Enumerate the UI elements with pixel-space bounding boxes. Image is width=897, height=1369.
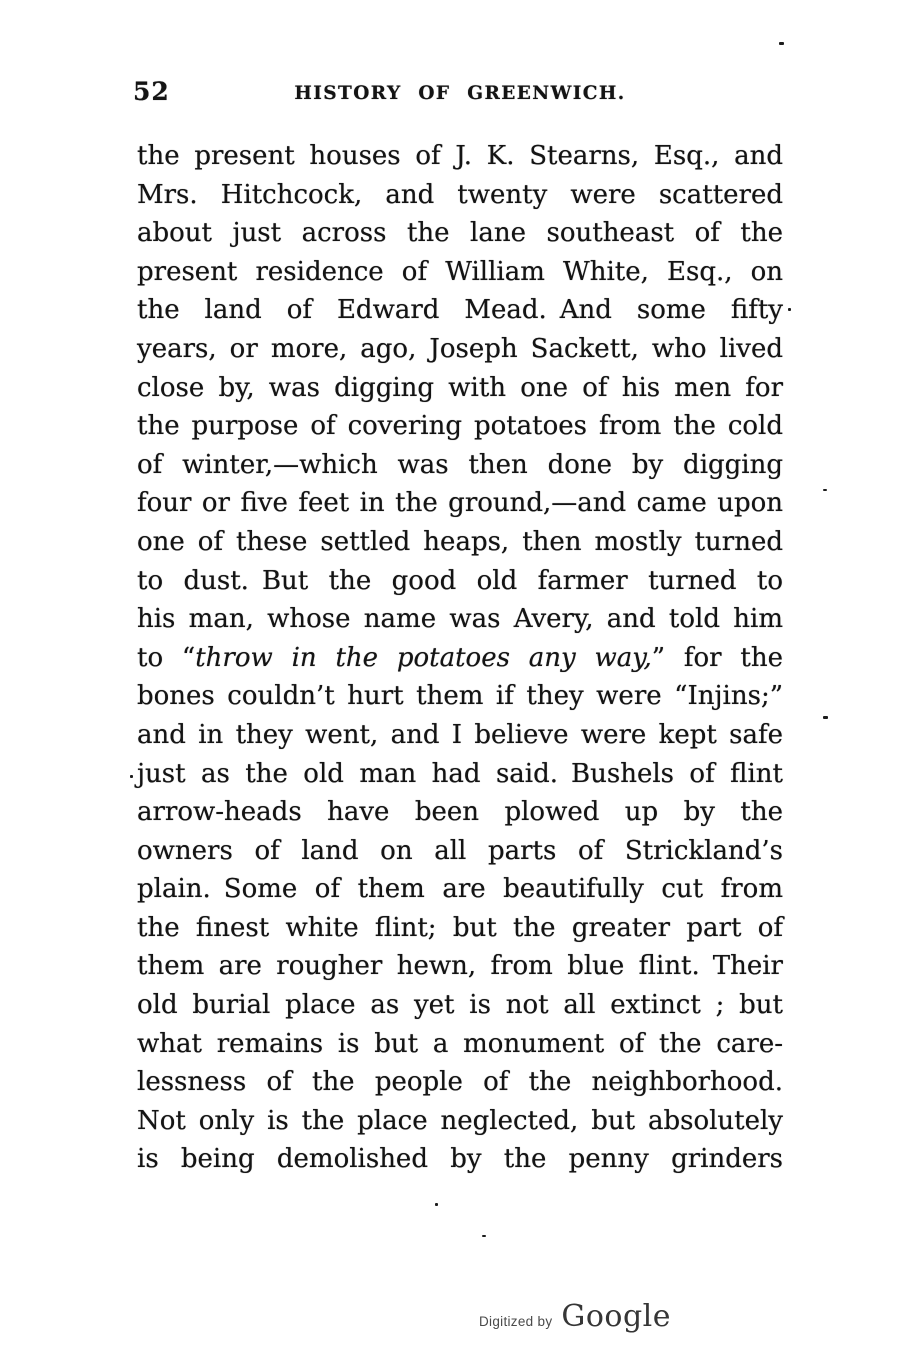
body-text: the present houses of J. K. Stearns, Esq…	[137, 137, 783, 1179]
text-segment: the land of Edward Mead. And some fifty	[137, 295, 783, 325]
text-segment: the purpose of covering potatoes from th…	[137, 411, 783, 441]
text-segment: four or five feet in the ground,—and cam…	[137, 488, 783, 518]
text-segment: close by, was digging with one of his me…	[137, 373, 783, 403]
text-segment: years, or more, ago, Joseph Sackett, who…	[137, 334, 783, 364]
italic-text-segment: throw in the potatoes any way,	[195, 643, 652, 673]
scan-speck	[823, 716, 828, 719]
text-line: about just across the lane southeast of …	[137, 214, 783, 253]
text-line: is being demolished by the penny grinder…	[137, 1140, 783, 1179]
text-line: what remains is but a monument of the ca…	[137, 1025, 783, 1064]
text-line: close by, was digging with one of his me…	[137, 369, 783, 408]
page-number: 52	[133, 79, 170, 105]
text-line: and in they went, and I believe were kep…	[137, 716, 783, 755]
text-segment: owners of land on all parts of Stricklan…	[137, 836, 783, 866]
digitization-watermark: Digitized by Google	[479, 1299, 671, 1334]
text-segment: the present houses of J. K. Stearns, Esq…	[137, 141, 783, 171]
text-segment: the finest white flint; but the greater …	[137, 913, 783, 943]
text-line: four or five feet in the ground,—and cam…	[137, 484, 783, 523]
text-line: the land of Edward Mead. And some fifty	[137, 291, 783, 330]
running-title: HISTORY OF GREENWICH.	[137, 79, 783, 107]
text-segment: Mrs. Hitchcock, and twenty were scattere…	[137, 180, 783, 210]
text-line: arrow-heads have been plowed up by the	[137, 793, 783, 832]
text-segment: just as the old man had said. Bushels of…	[137, 759, 783, 789]
text-segment: bones couldn’t hurt them if they were “I…	[137, 681, 783, 711]
text-segment: arrow-heads have been plowed up by the	[137, 797, 783, 827]
text-line: plain. Some of them are beautifully cut …	[137, 870, 783, 909]
text-line: them are rougher hewn, from blue flint. …	[137, 947, 783, 986]
scanned-book-page: 52 HISTORY OF GREENWICH. the present hou…	[0, 0, 897, 1369]
text-segment: lessness of the people of the neighborho…	[137, 1067, 783, 1097]
text-segment: old burial place as yet is not all extin…	[137, 990, 783, 1020]
text-line: just as the old man had said. Bushels of…	[137, 755, 783, 794]
text-segment: of winter,—which was then done by diggin…	[137, 450, 783, 480]
scan-speck	[779, 42, 784, 45]
digitized-by-label: Digitized by	[479, 1314, 552, 1329]
text-line: Not only is the place neglected, but abs…	[137, 1102, 783, 1141]
text-segment: and in they went, and I believe were kep…	[137, 720, 783, 750]
text-line: owners of land on all parts of Stricklan…	[137, 832, 783, 871]
text-line: years, or more, ago, Joseph Sackett, who…	[137, 330, 783, 369]
text-segment: them are rougher hewn, from blue flint. …	[137, 951, 783, 981]
text-line: bones couldn’t hurt them if they were “I…	[137, 677, 783, 716]
text-segment: ” for the	[652, 643, 783, 673]
text-segment: one of these settled heaps, then mostly …	[137, 527, 783, 557]
text-segment: Not only is the place neglected, but abs…	[137, 1106, 783, 1136]
page-header: 52 HISTORY OF GREENWICH.	[137, 79, 783, 105]
text-line: Mrs. Hitchcock, and twenty were scattere…	[137, 176, 783, 215]
scan-speck	[435, 1203, 438, 1206]
text-segment: what remains is but a monument of the ca…	[137, 1029, 783, 1059]
text-segment: to “	[137, 643, 195, 673]
text-line: to “throw in the potatoes any way,” for …	[137, 639, 783, 678]
google-logo: Google	[561, 1299, 671, 1334]
text-line: of winter,—which was then done by diggin…	[137, 446, 783, 485]
text-line: the purpose of covering potatoes from th…	[137, 407, 783, 446]
text-segment: is being demolished by the penny grinder…	[137, 1144, 783, 1174]
text-segment: about just across the lane southeast of …	[137, 218, 783, 248]
text-line: lessness of the people of the neighborho…	[137, 1063, 783, 1102]
text-segment: his man, whose name was Avery, and told …	[137, 604, 783, 634]
scan-speck	[788, 308, 791, 311]
text-line: his man, whose name was Avery, and told …	[137, 600, 783, 639]
text-line: old burial place as yet is not all extin…	[137, 986, 783, 1025]
text-line: the present houses of J. K. Stearns, Esq…	[137, 137, 783, 176]
text-segment: to dust. But the good old farmer turned …	[137, 566, 783, 596]
scan-speck	[823, 489, 827, 491]
text-segment: present residence of William White, Esq.…	[137, 257, 783, 287]
scan-speck	[482, 1235, 486, 1237]
text-line: present residence of William White, Esq.…	[137, 253, 783, 292]
text-line: the finest white flint; but the greater …	[137, 909, 783, 948]
scan-speck	[130, 775, 133, 778]
text-segment: plain. Some of them are beautifully cut …	[137, 874, 783, 904]
text-line: to dust. But the good old farmer turned …	[137, 562, 783, 601]
text-line: one of these settled heaps, then mostly …	[137, 523, 783, 562]
